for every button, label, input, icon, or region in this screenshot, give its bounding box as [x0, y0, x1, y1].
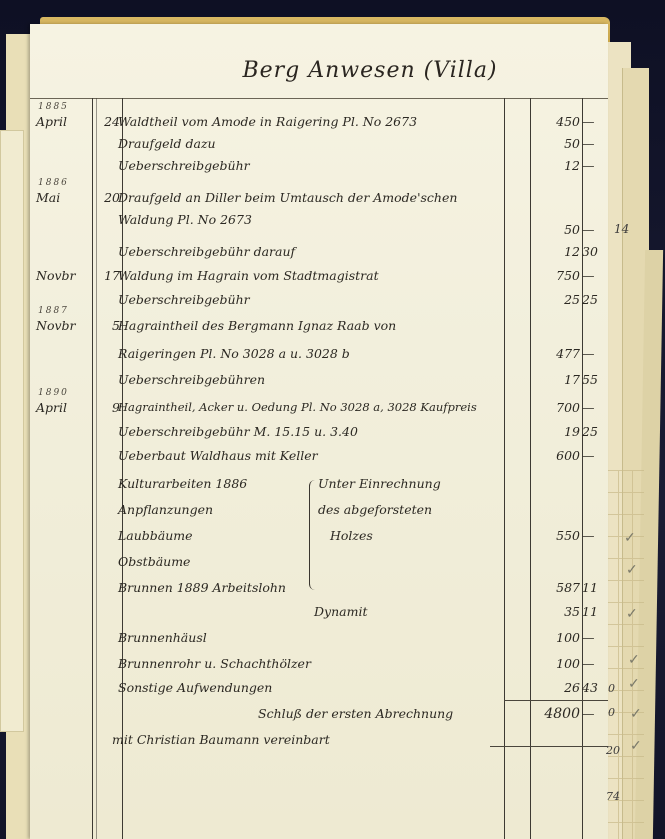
entry-description: Sonstige Aufwendungen	[118, 680, 272, 695]
ledger-row: Anpflanzungen des abgeforsteten	[30, 502, 608, 524]
entry-month: April	[36, 400, 90, 415]
closing-line-2: mit Christian Baumann vereinbart	[112, 732, 330, 747]
checkmark-icon: ✓	[626, 606, 638, 622]
total-kreuzer: —	[582, 706, 608, 721]
ledger-row: Raigeringen Pl. No 3028 a u. 3028 b 477 …	[30, 346, 608, 368]
entry-florin: 12	[526, 158, 582, 173]
entry-florin: 450	[526, 114, 582, 129]
ledger-row: Dynamit 35 11	[30, 604, 608, 626]
bracket-note-line: Unter Einrechnung	[318, 476, 441, 491]
entry-description: Laubbäume	[118, 528, 193, 543]
ledger-row: Ueberschreibgebühr 25 25	[30, 292, 608, 314]
closing-line-1: Schluß der ersten Abrechnung	[258, 706, 453, 721]
underlying-number: 0	[608, 682, 615, 695]
entry-description: Waldtheil vom Amode in Raigering Pl. No …	[118, 114, 417, 129]
entry-description: Ueberbaut Waldhaus mit Keller	[118, 448, 318, 463]
header-rule	[30, 98, 608, 99]
entry-kreuzer: —	[582, 346, 608, 361]
checkmark-icon: ✓	[630, 706, 642, 722]
entry-kreuzer: —	[582, 528, 608, 543]
entry-month: April	[36, 114, 90, 129]
entry-description: Draufgeld an Diller beim Umtausch der Am…	[118, 190, 457, 205]
entry-florin: 100	[526, 656, 582, 671]
entry-florin: 550	[526, 528, 582, 543]
underlying-sheet-left-edge	[0, 130, 24, 732]
entry-kreuzer: —	[582, 268, 608, 283]
entry-description: Ueberschreibgebühr	[118, 292, 250, 307]
entry-kreuzer: —	[582, 400, 608, 415]
ledger-row: Obstbäume	[30, 554, 608, 576]
entry-description: Brunnenrohr u. Schachthölzer	[118, 656, 311, 671]
checkmark-icon: ✓	[628, 652, 640, 668]
ledger-row: Sonstige Aufwendungen 26 43	[30, 680, 608, 702]
ledger-page: Berg Anwesen (Villa) 1885 April 24 Waldt…	[30, 24, 608, 839]
entry-description: Ueberschreibgebühr	[118, 158, 250, 173]
bracket-note-line: des abgeforsteten	[318, 502, 432, 517]
entry-year: 1887	[38, 306, 69, 316]
ledger-row: Ueberschreibgebühren 17 55	[30, 372, 608, 394]
closing-row: Schluß der ersten Abrechnung 4800 —	[30, 706, 608, 728]
ledger-row: 1885 April 24 Waldtheil vom Amode in Rai…	[30, 114, 608, 136]
entry-kreuzer: 25	[582, 292, 608, 307]
entry-year: 1886	[38, 178, 69, 188]
underlying-number: 74	[606, 790, 620, 803]
ledger-row: 1887 Novbr 5 Hagraintheil des Bergmann I…	[30, 318, 608, 340]
entry-day: 9	[98, 400, 120, 415]
ledger-row: Ueberbaut Waldhaus mit Keller 600 —	[30, 448, 608, 470]
entry-florin: 600	[526, 448, 582, 463]
entry-description: Ueberschreibgebühren	[118, 372, 265, 387]
entry-description: Ueberschreibgebühr M. 15.15 u. 3.40	[118, 424, 358, 439]
entry-day: 20	[98, 190, 120, 205]
ledger-row: 1886 Mai 20 Draufgeld an Diller beim Umt…	[30, 190, 608, 212]
subtotal-rule	[504, 700, 608, 701]
entry-year: 1885	[38, 102, 69, 112]
checkmark-icon: ✓	[626, 562, 638, 578]
page-title: Berg Anwesen (Villa)	[210, 58, 530, 83]
entry-florin: 587	[526, 580, 582, 595]
ledger-row: Ueberschreibgebühr darauf 12 30	[30, 244, 608, 266]
curly-brace	[309, 480, 318, 590]
entry-description: Brunnen 1889 Arbeitslohn	[118, 580, 286, 595]
ledger-row: Novbr 17 Waldung im Hagrain vom Stadtmag…	[30, 268, 608, 290]
entry-florin: 35	[526, 604, 582, 619]
entry-description: Obstbäume	[118, 554, 190, 569]
entry-florin: 17	[526, 372, 582, 387]
checkmark-icon: ✓	[630, 738, 642, 754]
entry-kreuzer: 11	[582, 580, 608, 595]
entry-florin: 700	[526, 400, 582, 415]
entry-kreuzer: —	[582, 656, 608, 671]
margin-note: 14	[614, 222, 629, 236]
ledger-row: Brunnenhäusl 100 —	[30, 630, 608, 652]
entry-florin: 12	[526, 244, 582, 259]
entry-month: Novbr	[36, 318, 90, 333]
entry-description: Ueberschreibgebühr darauf	[118, 244, 295, 259]
entry-day: 24	[98, 114, 120, 129]
ledger-row: Ueberschreibgebühr M. 15.15 u. 3.40 19 2…	[30, 424, 608, 446]
checkmark-icon: ✓	[624, 530, 636, 546]
entry-florin: 50	[526, 136, 582, 151]
entry-description: Kulturarbeiten 1886	[118, 476, 247, 491]
entry-description: Dynamit	[314, 604, 367, 619]
ledger-row: Ueberschreibgebühr 12 —	[30, 158, 608, 180]
entry-month: Novbr	[36, 268, 90, 283]
entry-kreuzer: —	[582, 222, 608, 237]
entry-kreuzer: —	[582, 136, 608, 151]
ledger-row: Brunnenrohr u. Schachthölzer 100 —	[30, 656, 608, 678]
total-rule	[490, 746, 608, 747]
entry-kreuzer: —	[582, 114, 608, 129]
entry-description: Waldung Pl. No 2673	[118, 212, 252, 227]
underlying-number: 20	[606, 744, 620, 757]
entry-description: Hagraintheil des Bergmann Ignaz Raab von	[118, 318, 396, 333]
entry-kreuzer: 55	[582, 372, 608, 387]
entry-kreuzer: 43	[582, 680, 608, 695]
entry-kreuzer: 30	[582, 244, 608, 259]
entry-kreuzer: 25	[582, 424, 608, 439]
ledger-row: Kulturarbeiten 1886 Unter Einrechnung	[30, 476, 608, 498]
entry-year: 1890	[38, 388, 69, 398]
ledger-row: 1890 April 9 Hagraintheil, Acker u. Oedu…	[30, 400, 608, 422]
entry-description: Brunnenhäusl	[118, 630, 207, 645]
entry-day: 17	[98, 268, 120, 283]
entry-description: Anpflanzungen	[118, 502, 213, 517]
entry-description: Raigeringen Pl. No 3028 a u. 3028 b	[118, 346, 350, 361]
entry-description: Draufgeld dazu	[118, 136, 216, 151]
entry-kreuzer: —	[582, 630, 608, 645]
entry-florin: 477	[526, 346, 582, 361]
entry-day: 5	[98, 318, 120, 333]
entry-kreuzer: —	[582, 448, 608, 463]
entry-kreuzer: —	[582, 158, 608, 173]
closing-row: mit Christian Baumann vereinbart	[30, 732, 608, 754]
entry-florin: 26	[526, 680, 582, 695]
checkmark-icon: ✓	[628, 676, 640, 692]
entry-florin: 50	[526, 222, 582, 237]
total-florin: 4800	[526, 706, 582, 722]
entry-florin: 100	[526, 630, 582, 645]
entry-florin: 750	[526, 268, 582, 283]
entry-kreuzer: 11	[582, 604, 608, 619]
entry-description: Waldung im Hagrain vom Stadtmagistrat	[118, 268, 379, 283]
ledger-row: Brunnen 1889 Arbeitslohn 587 11	[30, 580, 608, 602]
ledger-row: Draufgeld dazu 50 —	[30, 136, 608, 158]
entry-description: Hagraintheil, Acker u. Oedung Pl. No 302…	[118, 400, 477, 414]
entry-florin: 25	[526, 292, 582, 307]
entry-month: Mai	[36, 190, 90, 205]
entry-florin: 19	[526, 424, 582, 439]
underlying-number: 0	[608, 706, 615, 719]
bracket-note-line: Holzes	[330, 528, 373, 543]
ledger-row: Laubbäume Holzes 550 —	[30, 528, 608, 550]
ledger-row: Waldung Pl. No 2673 50 —	[30, 212, 608, 234]
